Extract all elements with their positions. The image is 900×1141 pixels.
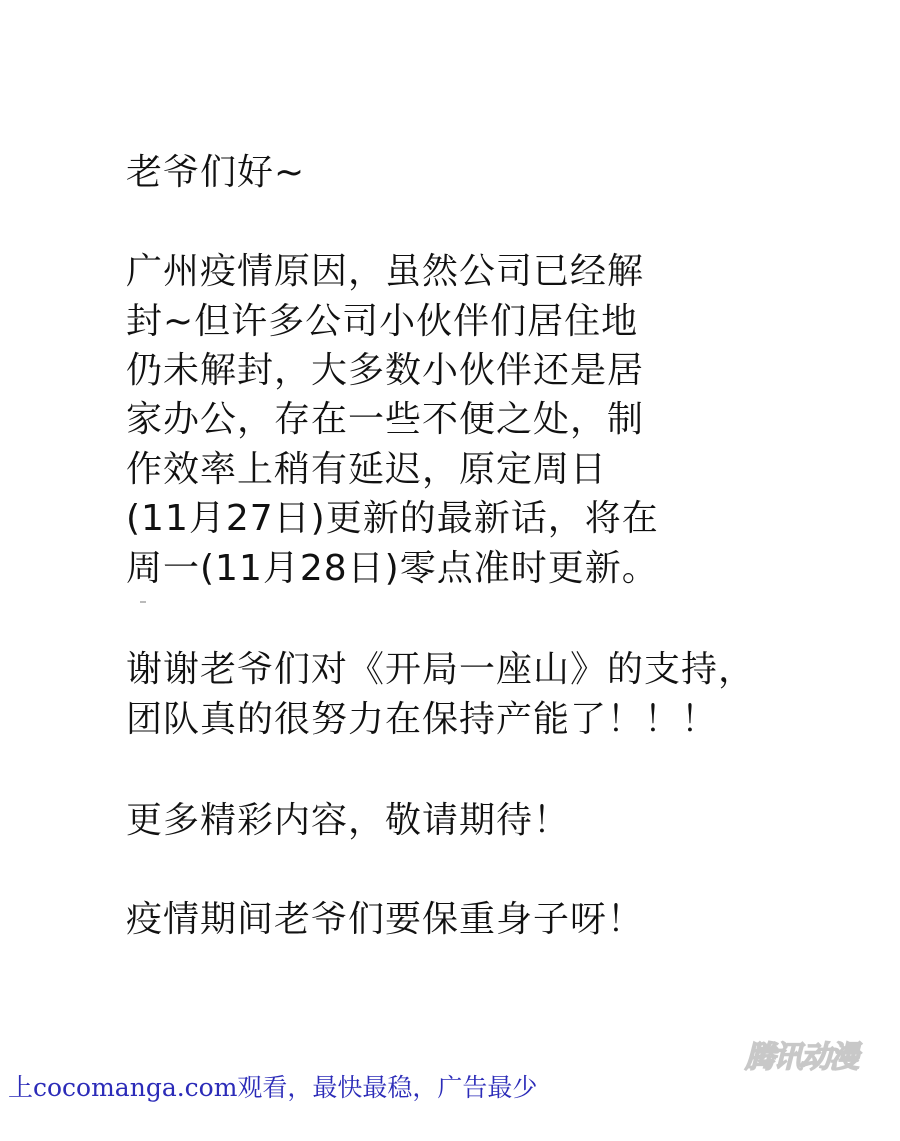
paragraph1-line-1: 广州疫情原因，虽然公司已经解 — [126, 251, 644, 293]
greeting-line: 老爷们好~ — [126, 152, 305, 194]
paragraph1-line-4: 家办公，存在一些不便之处，制 — [126, 399, 644, 441]
paragraph1-line-7: 周一(11月28日)零点准时更新。 — [126, 548, 659, 590]
paragraph3-line: 更多精彩内容，敬请期待！ — [126, 800, 570, 842]
paragraph1-line-2: 封~但许多公司小伙伴们居住地 — [126, 301, 638, 343]
paragraph1-line-6: (11月27日)更新的最新话，将在 — [126, 498, 659, 540]
paragraph1-line-3: 仍未解封，大多数小伙伴还是居 — [126, 350, 644, 392]
scan-artifact — [140, 601, 146, 603]
paragraph1-line-5: 作效率上稍有延迟，原定周日 — [126, 449, 607, 491]
footer-promo-text: 上cocomanga.com观看，最快最稳，广告最少 — [8, 1068, 537, 1104]
paragraph2-line-1: 谢谢老爷们对《开局一座山》的支持， — [126, 649, 755, 691]
paragraph4-line: 疫情期间老爷们要保重身子呀！ — [126, 899, 644, 941]
paragraph2-line-2: 团队真的很努力在保持产能了！！！ — [126, 699, 718, 741]
tencent-comics-watermark-logo: 腾讯动漫 — [745, 1032, 885, 1070]
